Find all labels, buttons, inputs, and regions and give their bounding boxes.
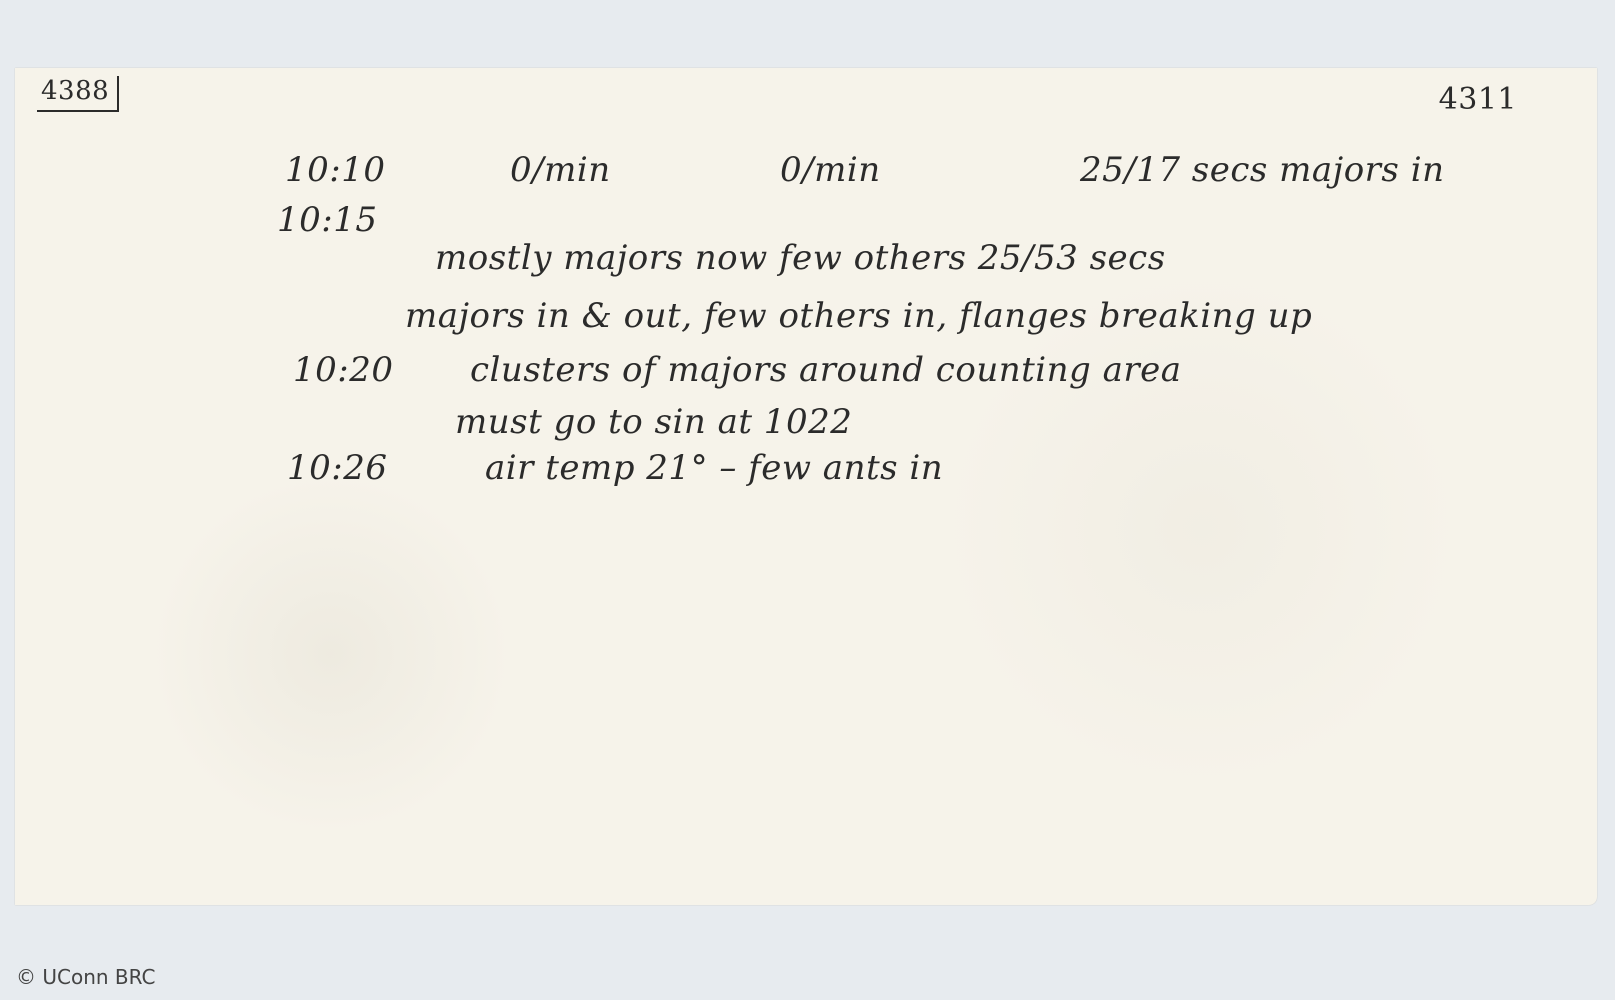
index-card: 4388 4311 10:10 0/min 0/min 25/17 secs m… [15, 68, 1597, 905]
entry-rate-2: 0/min [780, 150, 881, 190]
card-id-label: 4388 [37, 76, 119, 112]
entry-note: clusters of majors around counting area [470, 350, 1182, 390]
entry-note: 25/17 secs majors in [1080, 150, 1444, 190]
copyright-credit: © UConn BRC [16, 965, 156, 989]
entry-time: 10:15 [277, 200, 377, 240]
entry-time: 10:20 [293, 350, 393, 390]
entry-rate-1: 0/min [510, 150, 611, 190]
card-number-label: 4311 [1439, 82, 1517, 117]
entry-note: mostly majors now few others 25/53 secs [435, 238, 1166, 278]
entry-note: majors in & out, few others in, flanges … [405, 296, 1312, 336]
entry-note: air temp 21° – few ants in [485, 448, 943, 488]
entry-time: 10:26 [287, 448, 387, 488]
entry-note: must go to sin at 1022 [455, 402, 852, 442]
entry-time: 10:10 [285, 150, 385, 190]
